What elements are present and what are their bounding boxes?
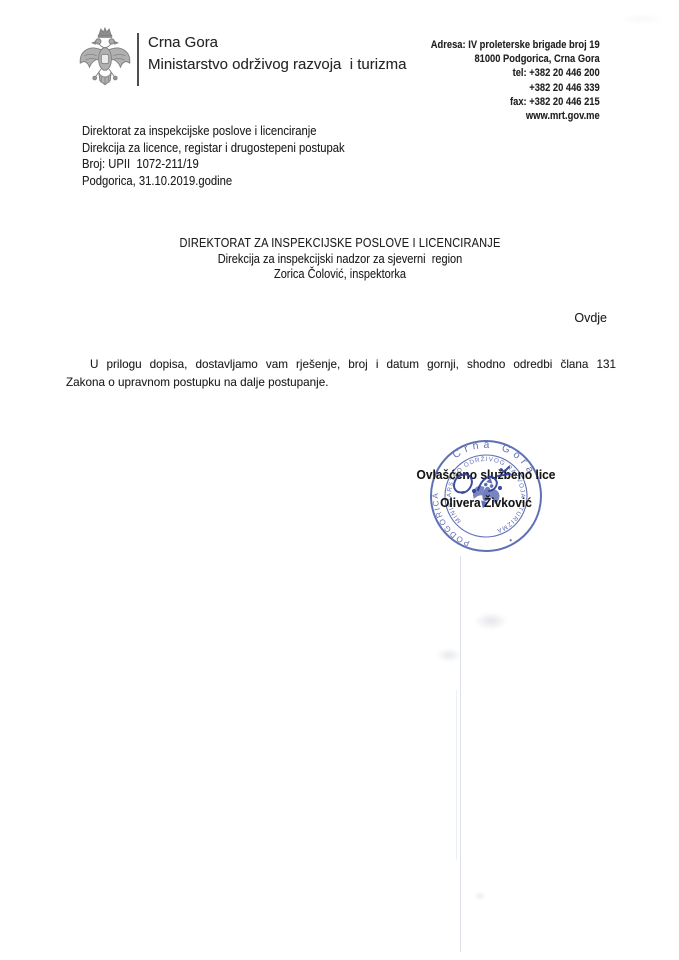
reference-block: Direktorat za inspekcijske poslove i lic… <box>82 123 345 189</box>
body-line-1: U prilogu dopisa, dostavljamo vam rješen… <box>66 356 616 374</box>
body-paragraph: U prilogu dopisa, dostavljamo vam rješen… <box>66 356 616 392</box>
direction-line: Direkcija za licence, registar i drugost… <box>82 140 345 157</box>
body-line-2: Zakona o upravnom postupku na dalje post… <box>66 374 616 392</box>
fax-line: fax: +382 20 446 215 <box>431 95 600 109</box>
here-note: Ovdje <box>574 311 607 325</box>
recipient-direction: Direkcija za inspekcijski nadzor za sjev… <box>102 252 577 268</box>
address-line-2: 81000 Podgorica, Crna Gora <box>431 52 600 66</box>
scan-artifact-line <box>460 556 461 952</box>
address-line-1: Adresa: IV proleterske brigade broj 19 <box>431 38 600 52</box>
directorate-line: Direktorat za inspekcijske poslove i lic… <box>82 123 345 140</box>
scan-smudge <box>474 612 508 630</box>
scan-smudge <box>620 14 664 24</box>
letter-page: Crna Gora Ministarstvo održivog razvoja … <box>0 0 679 960</box>
letterhead-divider <box>137 33 139 86</box>
contact-block: Adresa: IV proleterske brigade broj 19 8… <box>431 38 600 123</box>
scan-artifact-line-2 <box>456 690 457 860</box>
coat-of-arms-icon <box>76 26 134 94</box>
case-number-line: Broj: UPII 1072-211/19 <box>82 156 345 173</box>
scan-smudge <box>436 648 462 662</box>
recipient-directorate: DIREKTORAT ZA INSPEKCIJSKE POSLOVE I LIC… <box>102 236 577 252</box>
phone-line-2: +382 20 446 339 <box>431 81 600 95</box>
date-line: Podgorica, 31.10.2019.godine <box>82 173 345 190</box>
recipient-inspector: Zorica Čolović, inspektorka <box>102 267 577 283</box>
letterhead-country: Crna Gora <box>148 34 218 51</box>
recipient-block: DIREKTORAT ZA INSPEKCIJSKE POSLOVE I LIC… <box>102 236 577 283</box>
website-line: www.mrt.gov.me <box>431 109 600 123</box>
scan-smudge <box>474 892 486 900</box>
letterhead-ministry: Ministarstvo održivog razvoja i turizma <box>148 56 406 73</box>
handwritten-signature-icon <box>438 464 530 508</box>
phone-line-1: tel: +382 20 446 200 <box>431 66 600 80</box>
